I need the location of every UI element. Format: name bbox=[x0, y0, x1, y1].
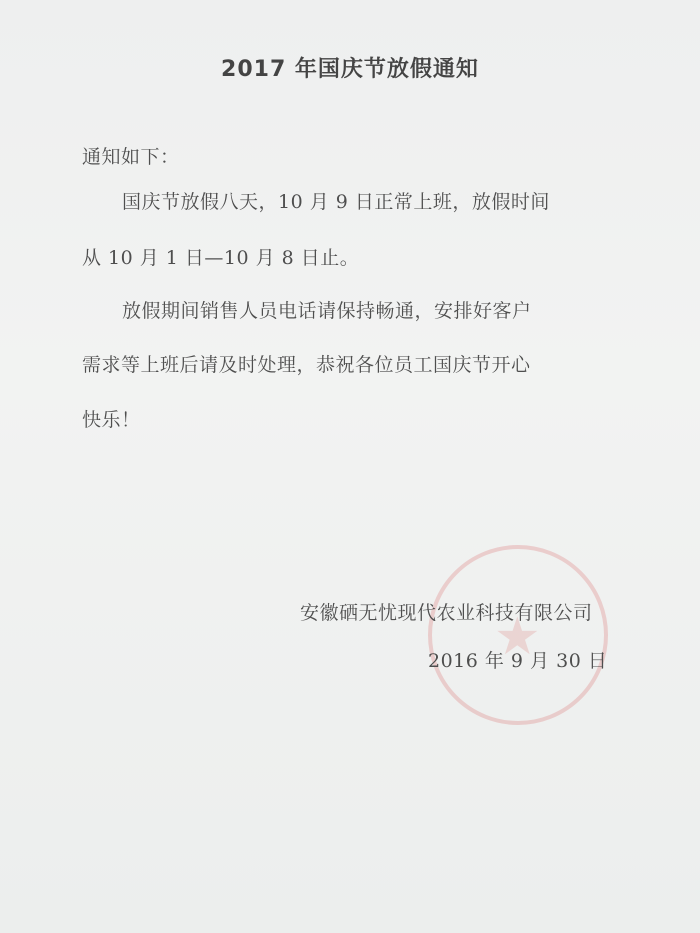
document-title: 2017 年国庆节放假通知 bbox=[0, 52, 700, 83]
paragraph-2-line-2: 需求等上班后请及时处理，恭祝各位员工国庆节开心 bbox=[82, 350, 531, 377]
paragraph-1-line-2: 从 10 月 1 日—10 月 8 日止。 bbox=[82, 243, 359, 270]
signature-date: 2016 年 9 月 30 日 bbox=[428, 646, 607, 673]
paragraph-2-line-3: 快乐！ bbox=[82, 405, 141, 432]
company-seal: ★ bbox=[428, 545, 608, 725]
paragraph-2-line-1: 放假期间销售人员电话请保持畅通，安排好客户 bbox=[122, 296, 532, 323]
salutation: 通知如下： bbox=[82, 142, 180, 169]
paragraph-1-line-1: 国庆节放假八天，10 月 9 日正常上班，放假时间 bbox=[122, 187, 550, 214]
signature-company: 安徽硒无忧现代农业科技有限公司 bbox=[300, 598, 593, 625]
